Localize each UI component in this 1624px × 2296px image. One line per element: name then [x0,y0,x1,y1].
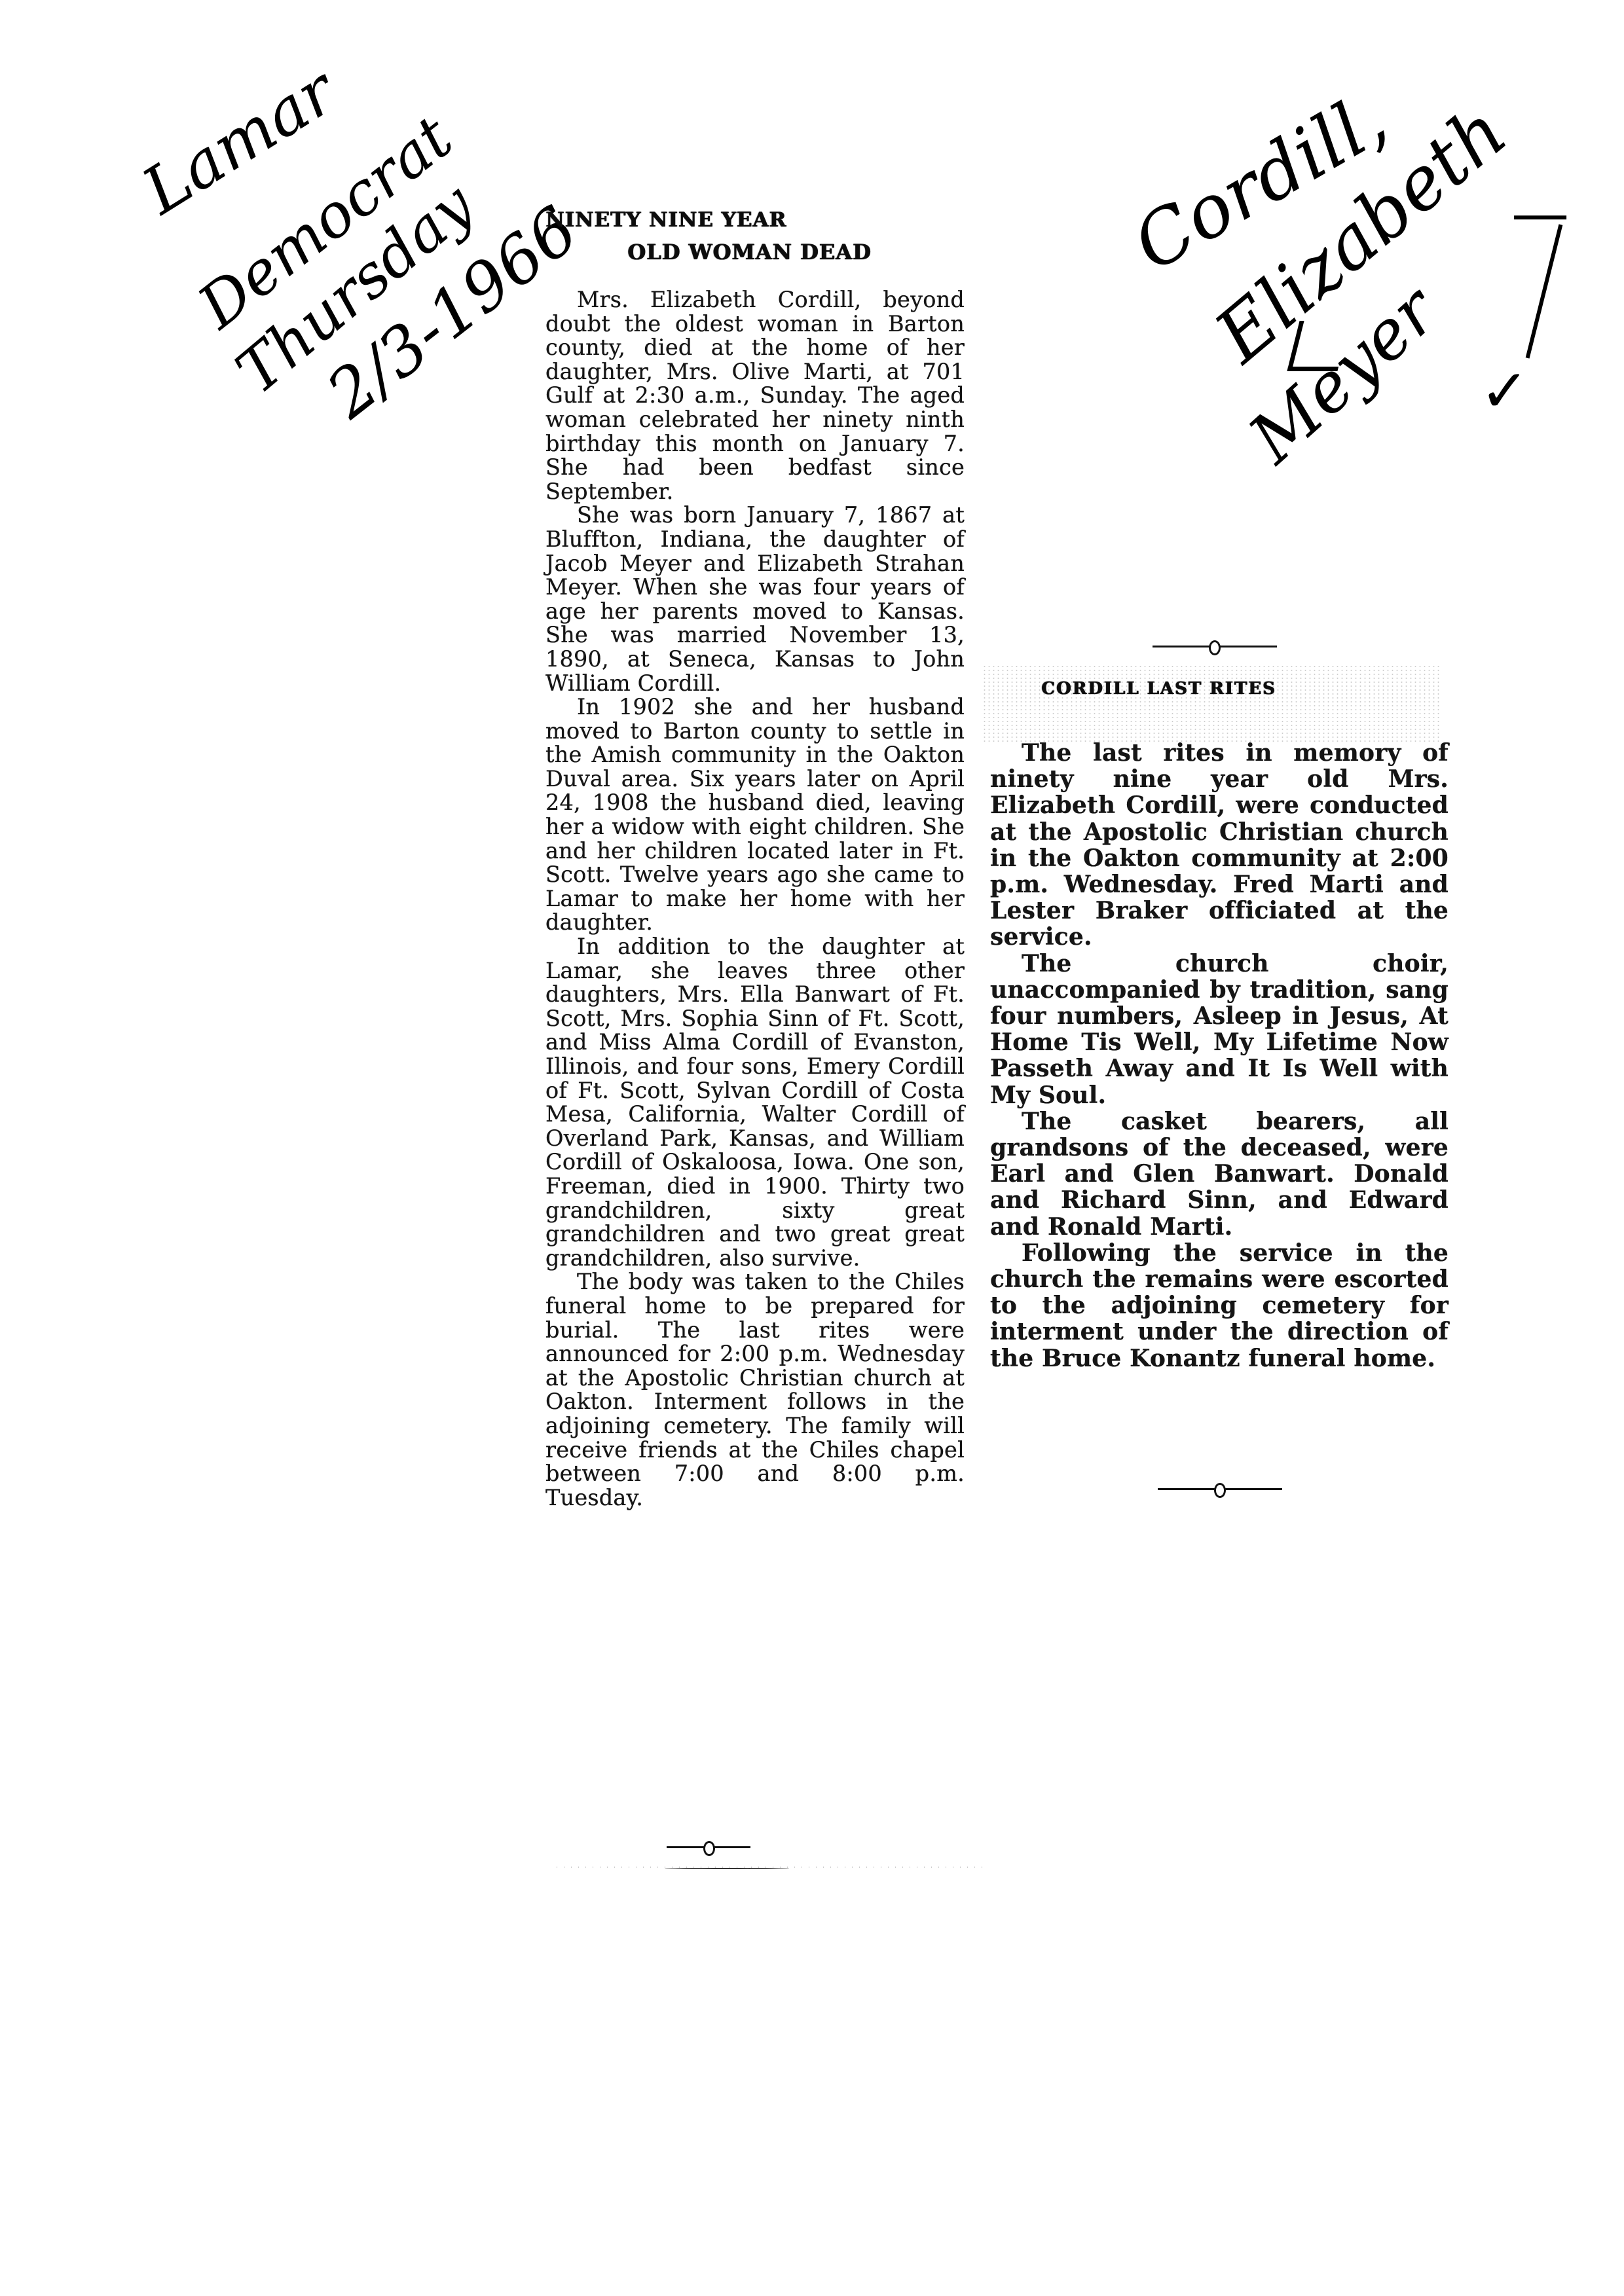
article-2-paragraph: The casket bearers, all grandsons of the… [990,1108,1449,1240]
article-1-paragraph: In addition to the daughter at Lamar, sh… [545,935,965,1270]
scan-noise [982,665,1441,743]
article-1-paragraph: Mrs. Elizabeth Cordill, beyond doubt the… [545,288,965,503]
article-1-end-separator [667,1840,750,1853]
article-2-top-separator [1153,640,1277,653]
article-1-headline-line-2: OLD WOMAN DEAD [627,240,871,264]
article-1-paragraph: The body was taken to the Chiles funeral… [545,1270,965,1510]
article-1-body: Mrs. Elizabeth Cordill, beyond doubt the… [545,288,965,1510]
article-2-end-separator [1158,1482,1282,1495]
article-2-headline: CORDILL LAST RITES [1041,679,1276,699]
clipping-bottom-rule [665,1868,789,1869]
article-2-paragraph: The last rites in memory of ninety nine … [990,740,1449,951]
article-1-paragraph: In 1902 she and her husband moved to Bar… [545,695,965,935]
handwritten-bracket-right [1526,224,1563,358]
article-2-paragraph: Following the service in the church the … [990,1240,1449,1372]
article-1-headline-line-1: NINETY NINE YEAR [545,208,786,232]
article-2-body: The last rites in memory of ninety nine … [990,740,1449,1372]
article-2-paragraph: The church choir, unaccompanied by tradi… [990,951,1449,1108]
article-1-paragraph: She was born January 7, 1867 at Bluffton… [545,503,965,695]
checkmark-icon: ✓ [1480,357,1529,426]
